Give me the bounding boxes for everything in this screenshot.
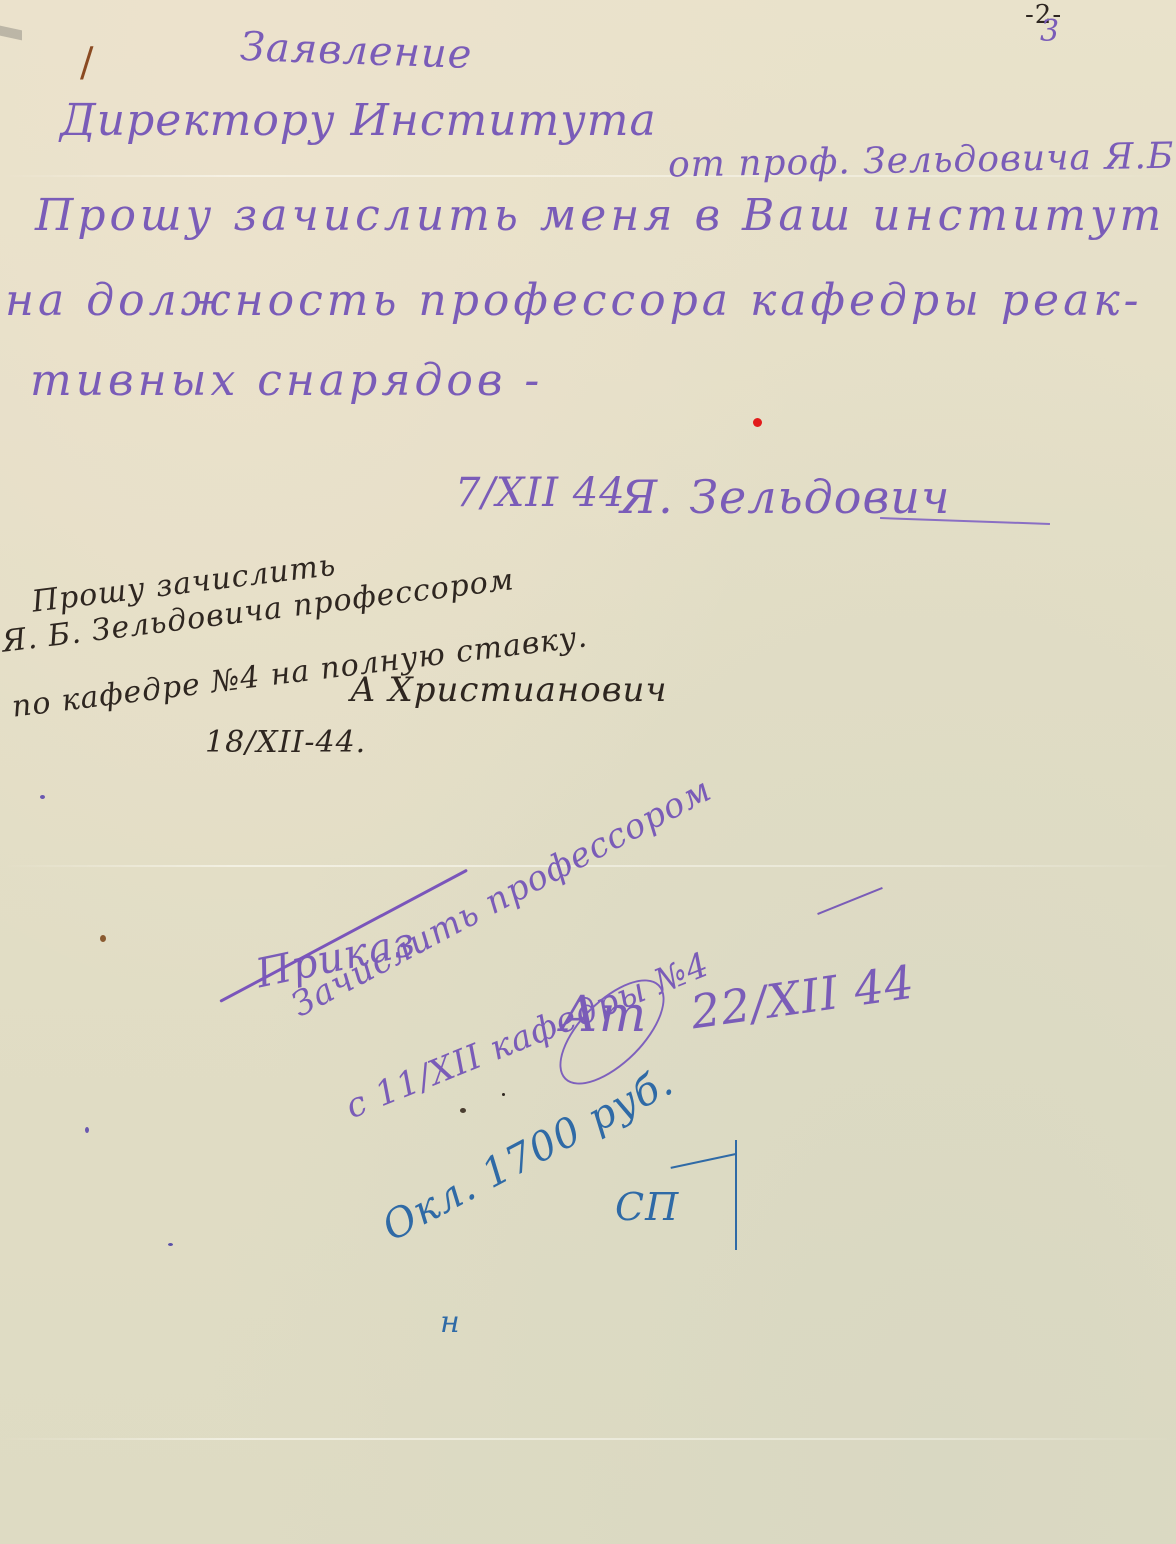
resolution-date: 18/XII-44. [205, 725, 366, 760]
salary-flourish [671, 1153, 736, 1169]
margin-mark: / [80, 40, 94, 86]
ink-speck [100, 935, 106, 942]
ink-speck [460, 1108, 466, 1113]
ink-speck [40, 795, 45, 799]
paper-crease [0, 26, 22, 41]
order-signature: Ат [560, 985, 647, 1043]
order-dash [817, 887, 883, 915]
ink-speck [85, 1127, 89, 1133]
document-page: -2- 3 / Заявление Директору Института от… [0, 0, 1176, 1544]
body-line: тивных снарядов - [30, 355, 543, 406]
addressee: Директору Института [60, 95, 657, 146]
ink-speck [502, 1093, 505, 1096]
document-title: Заявление [239, 24, 473, 78]
ink-speck [168, 1243, 173, 1246]
resolution-signature: А Христианович [350, 670, 668, 710]
page-number-handwritten: 3 [1040, 14, 1060, 49]
red-dot-marker [753, 418, 762, 427]
salary-mark: н [440, 1305, 461, 1340]
paper-fold [0, 1438, 1176, 1440]
signature-date: 7/XII 44 [455, 470, 626, 516]
body-line: Прошу зачислить меня в Ваш институт [35, 190, 1165, 241]
salary-flourish [735, 1140, 737, 1250]
order-date: 22/XII 44 [687, 955, 918, 1040]
body-line: на должность профессора кафедры реак- [5, 275, 1142, 326]
sender: от проф. Зельдовича Я.Б. [668, 135, 1176, 185]
salary-initials: СП [615, 1185, 679, 1229]
signature: Я. Зельдович [620, 470, 950, 524]
